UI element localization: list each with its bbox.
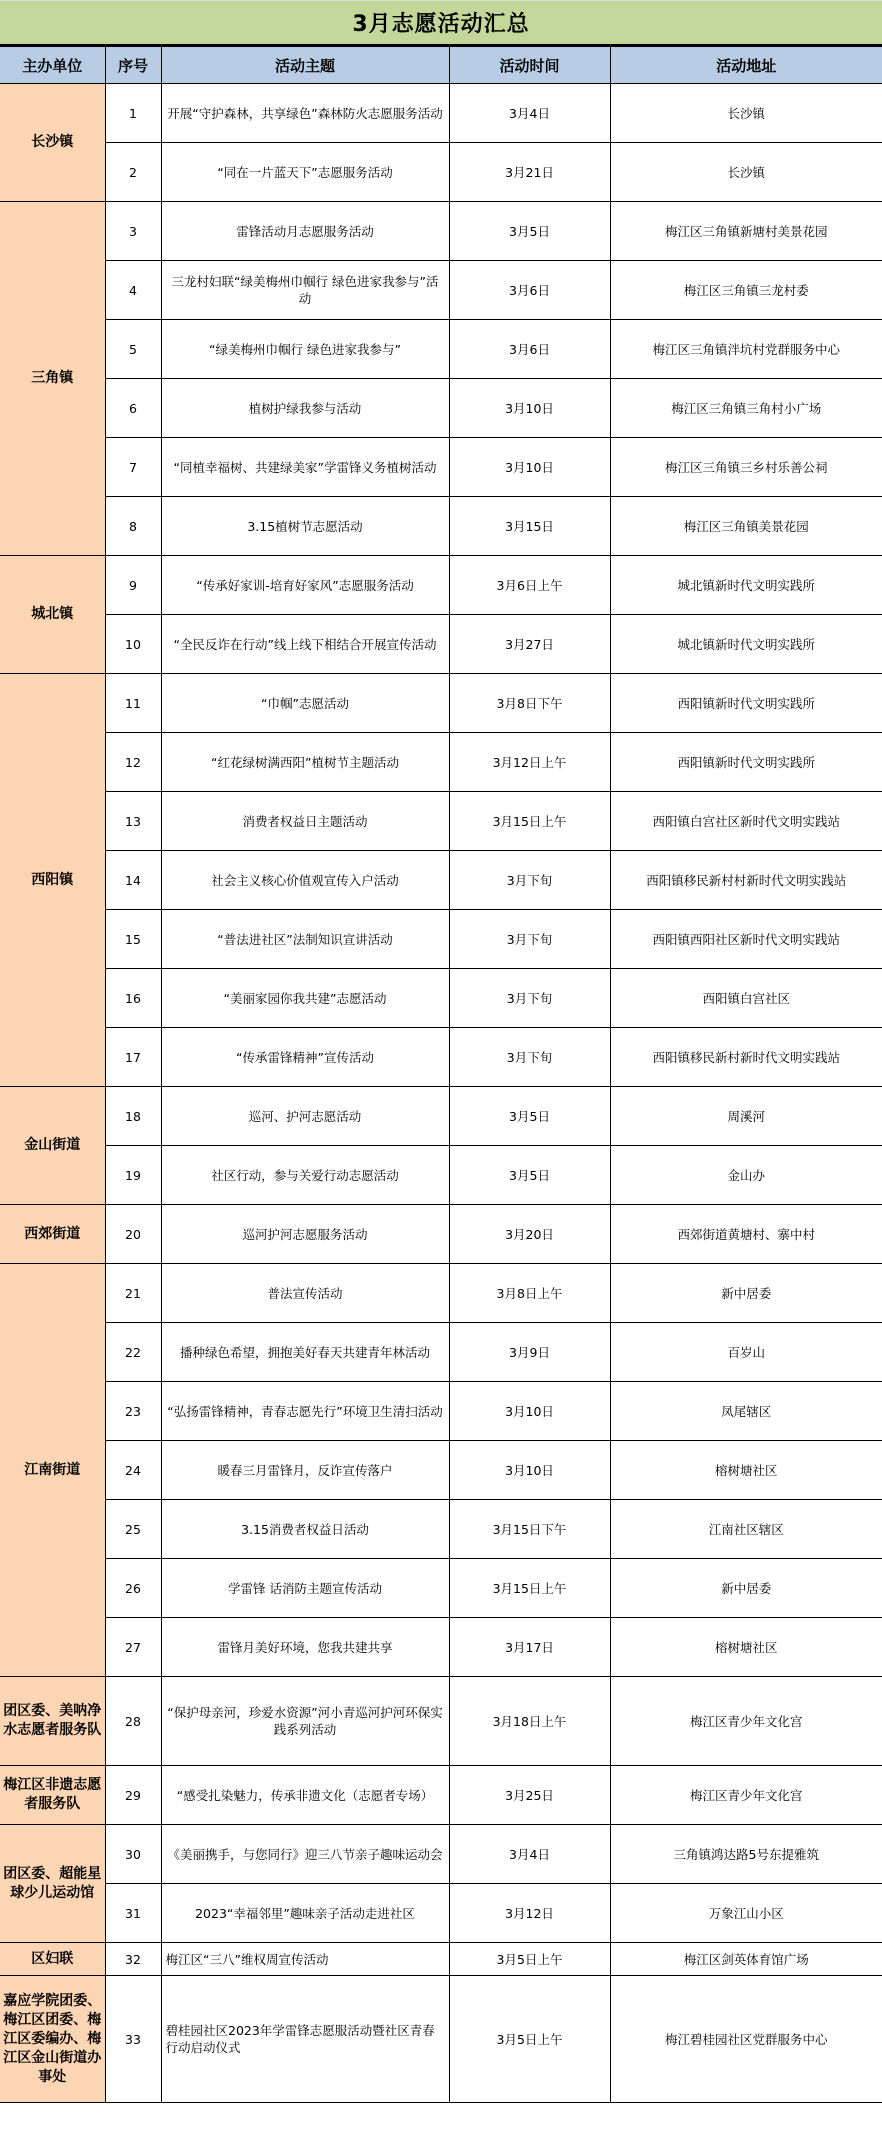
topic-cell[interactable]: “保护母亲河，珍爱水资源”河小青巡河护河环保实践系列活动 <box>161 1677 449 1766</box>
num-cell[interactable]: 33 <box>105 1976 161 2103</box>
num-cell[interactable]: 25 <box>105 1500 161 1559</box>
table-row: 10 “全民反诈在行动”线上线下相结合开展宣传活动 3月27日 城北镇新时代文明… <box>0 615 882 674</box>
time-cell[interactable]: 3月下旬 <box>449 1028 610 1087</box>
table-row: 团区委、超能星球少儿运动馆 30 《美丽携手，与您同行》迎三八节亲子趣味运动会 … <box>0 1825 882 1884</box>
num-cell[interactable]: 12 <box>105 733 161 792</box>
org-cell[interactable]: 长沙镇 <box>0 84 105 202</box>
header-topic: 活动主题 <box>161 47 449 84</box>
time-cell[interactable]: 3月下旬 <box>449 969 610 1028</box>
address-cell[interactable]: 新中居委 <box>610 1559 882 1618</box>
topic-cell[interactable]: 消费者权益日主题活动 <box>161 792 449 851</box>
time-cell[interactable]: 3月20日 <box>449 1205 610 1264</box>
time-cell[interactable]: 3月下旬 <box>449 851 610 910</box>
num-cell[interactable]: 14 <box>105 851 161 910</box>
address-cell[interactable]: 榕树塘社区 <box>610 1618 882 1677</box>
address-cell[interactable]: 梅江区剑英体育馆广场 <box>610 1943 882 1976</box>
time-cell[interactable]: 3月15日下午 <box>449 1500 610 1559</box>
address-cell[interactable]: 万象江山小区 <box>610 1884 882 1943</box>
table-row: 三角镇 3 雷锋活动月志愿服务活动 3月5日 梅江区三角镇新塘村美景花园 <box>0 202 882 261</box>
time-cell[interactable]: 3月6日 <box>449 320 610 379</box>
address-cell[interactable]: 梅江碧桂园社区党群服务中心 <box>610 1976 882 2103</box>
address-cell[interactable]: 梅江区三角镇三龙村委 <box>610 261 882 320</box>
num-cell[interactable]: 9 <box>105 556 161 615</box>
num-cell[interactable]: 16 <box>105 969 161 1028</box>
time-cell[interactable]: 3月6日上午 <box>449 556 610 615</box>
time-cell[interactable]: 3月15日上午 <box>449 1559 610 1618</box>
header-org: 主办单位 <box>0 47 105 84</box>
time-cell[interactable]: 3月5日上午 <box>449 1943 610 1976</box>
num-cell[interactable]: 10 <box>105 615 161 674</box>
num-cell[interactable]: 3 <box>105 202 161 261</box>
time-cell[interactable]: 3月8日下午 <box>449 674 610 733</box>
time-cell[interactable]: 3月4日 <box>449 84 610 143</box>
table-row: 城北镇 9 “传承好家训-培育好家风”志愿服务活动 3月6日上午 城北镇新时代文… <box>0 556 882 615</box>
address-cell[interactable]: 新中居委 <box>610 1264 882 1323</box>
address-cell[interactable]: 梅江区三角镇美景花园 <box>610 497 882 556</box>
time-cell[interactable]: 3月10日 <box>449 1382 610 1441</box>
table-row: 江南街道 21 普法宣传活动 3月8日上午 新中居委 <box>0 1264 882 1323</box>
address-cell[interactable]: 长沙镇 <box>610 84 882 143</box>
num-cell[interactable]: 15 <box>105 910 161 969</box>
table-row: 2 “同在一片蓝天下”志愿服务活动 3月21日 长沙镇 <box>0 143 882 202</box>
time-cell[interactable]: 3月27日 <box>449 615 610 674</box>
org-cell[interactable]: 西阳镇 <box>0 674 105 1087</box>
topic-cell[interactable]: 植树护绿我参与活动 <box>161 379 449 438</box>
table-row: 27 雷锋月美好环境，您我共建共享 3月17日 榕树塘社区 <box>0 1618 882 1677</box>
org-cell[interactable]: 区妇联 <box>0 1943 105 1976</box>
header-num: 序号 <box>105 47 161 84</box>
address-cell[interactable]: 百岁山 <box>610 1323 882 1382</box>
topic-cell[interactable]: 暖春三月雷锋月，反诈宣传落户 <box>161 1441 449 1500</box>
num-cell[interactable]: 19 <box>105 1146 161 1205</box>
table-row: 17 “传承雷锋精神”宣传活动 3月下旬 西阳镇移民新村新时代文明实践站 <box>0 1028 882 1087</box>
num-cell[interactable]: 32 <box>105 1943 161 1976</box>
org-cell[interactable]: 西郊街道 <box>0 1205 105 1264</box>
table-row: 7 “同植幸福树、共建绿美家”学雷锋义务植树活动 3月10日 梅江区三角镇三乡村… <box>0 438 882 497</box>
num-cell[interactable]: 31 <box>105 1884 161 1943</box>
table-row: 15 “普法进社区”法制知识宣讲活动 3月下旬 西阳镇西阳社区新时代文明实践站 <box>0 910 882 969</box>
time-cell[interactable]: 3月10日 <box>449 1441 610 1500</box>
topic-cell[interactable]: 社区行动，参与关爱行动志愿活动 <box>161 1146 449 1205</box>
num-cell[interactable]: 23 <box>105 1382 161 1441</box>
address-cell[interactable]: 三角镇鸿达路5号东提雅筑 <box>610 1825 882 1884</box>
topic-cell[interactable]: 3.15消费者权益日活动 <box>161 1500 449 1559</box>
num-cell[interactable]: 7 <box>105 438 161 497</box>
table-row: 西阳镇 11 “巾帼”志愿活动 3月8日下午 西阳镇新时代文明实践所 <box>0 674 882 733</box>
org-cell[interactable]: 梅江区非遗志愿者服务队 <box>0 1766 105 1825</box>
time-cell[interactable]: 3月10日 <box>449 438 610 497</box>
table-row: 团区委、美呐净水志愿者服务队 28 “保护母亲河，珍爱水资源”河小青巡河护河环保… <box>0 1677 882 1766</box>
table-row: 16 “美丽家园你我共建”志愿活动 3月下旬 西阳镇白宫社区 <box>0 969 882 1028</box>
topic-cell[interactable]: “红花绿树满西阳”植树节主题活动 <box>161 733 449 792</box>
num-cell[interactable]: 26 <box>105 1559 161 1618</box>
address-cell[interactable]: 榕树塘社区 <box>610 1441 882 1500</box>
table-row: 金山街道 18 巡河、护河志愿活动 3月5日 周溪河 <box>0 1087 882 1146</box>
topic-cell[interactable]: 巡河、护河志愿活动 <box>161 1087 449 1146</box>
time-cell[interactable]: 3月17日 <box>449 1618 610 1677</box>
table-row: 23 “弘扬雷锋精神，青春志愿先行”环境卫生清扫活动 3月10日 凤尾辖区 <box>0 1382 882 1441</box>
topic-cell[interactable]: 2023“幸福邻里”趣味亲子活动走进社区 <box>161 1884 449 1943</box>
num-cell[interactable]: 5 <box>105 320 161 379</box>
time-cell[interactable]: 3月12日 <box>449 1884 610 1943</box>
table-row: 19 社区行动，参与关爱行动志愿活动 3月5日 金山办 <box>0 1146 882 1205</box>
time-cell[interactable]: 3月15日 <box>449 497 610 556</box>
table-row: 6 植树护绿我参与活动 3月10日 梅江区三角镇三角村小广场 <box>0 379 882 438</box>
num-cell[interactable]: 2 <box>105 143 161 202</box>
topic-cell[interactable]: “传承好家训-培育好家风”志愿服务活动 <box>161 556 449 615</box>
num-cell[interactable]: 11 <box>105 674 161 733</box>
topic-cell[interactable]: “巾帼”志愿活动 <box>161 674 449 733</box>
address-cell[interactable]: 西阳镇移民新村村新时代文明实践站 <box>610 851 882 910</box>
table-row: 5 “绿美梅州巾帼行 绿色进家我参与” 3月6日 梅江区三角镇泮坑村党群服务中心 <box>0 320 882 379</box>
org-cell[interactable]: 金山街道 <box>0 1087 105 1205</box>
num-cell[interactable]: 8 <box>105 497 161 556</box>
time-cell[interactable]: 3月9日 <box>449 1323 610 1382</box>
num-cell[interactable]: 4 <box>105 261 161 320</box>
time-cell[interactable]: 3月18日上午 <box>449 1677 610 1766</box>
topic-cell[interactable]: “普法进社区”法制知识宣讲活动 <box>161 910 449 969</box>
address-cell[interactable]: 城北镇新时代文明实践所 <box>610 556 882 615</box>
time-cell[interactable]: 3月5日 <box>449 1087 610 1146</box>
time-cell[interactable]: 3月21日 <box>449 143 610 202</box>
topic-cell[interactable]: 普法宣传活动 <box>161 1264 449 1323</box>
num-cell[interactable]: 6 <box>105 379 161 438</box>
num-cell[interactable]: 18 <box>105 1087 161 1146</box>
address-cell[interactable]: 江南社区辖区 <box>610 1500 882 1559</box>
topic-cell[interactable]: 雷锋活动月志愿服务活动 <box>161 202 449 261</box>
num-cell[interactable]: 24 <box>105 1441 161 1500</box>
time-cell[interactable]: 3月10日 <box>449 379 610 438</box>
topic-cell[interactable]: “绿美梅州巾帼行 绿色进家我参与” <box>161 320 449 379</box>
address-cell[interactable]: 西郊街道黄塘村、寨中村 <box>610 1205 882 1264</box>
num-cell[interactable]: 27 <box>105 1618 161 1677</box>
address-cell[interactable]: 梅江区三角镇新塘村美景花园 <box>610 202 882 261</box>
topic-cell[interactable]: 梅江区“三八”维权周宣传活动 <box>161 1943 449 1976</box>
time-cell[interactable]: 3月5日 <box>449 202 610 261</box>
org-cell[interactable]: 三角镇 <box>0 202 105 556</box>
time-cell[interactable]: 3月25日 <box>449 1766 610 1825</box>
num-cell[interactable]: 28 <box>105 1677 161 1766</box>
topic-cell[interactable]: “弘扬雷锋精神，青春志愿先行”环境卫生清扫活动 <box>161 1382 449 1441</box>
topic-cell[interactable]: “同在一片蓝天下”志愿服务活动 <box>161 143 449 202</box>
address-cell[interactable]: 梅江区青少年文化宫 <box>610 1677 882 1766</box>
topic-cell[interactable]: 社会主义核心价值观宣传入户活动 <box>161 851 449 910</box>
activity-table: 主办单位 序号 活动主题 活动时间 活动地址 长沙镇 1 开展“守护森林，共享绿… <box>0 46 882 2103</box>
address-cell[interactable]: 西阳镇新时代文明实践所 <box>610 674 882 733</box>
org-cell[interactable]: 江南街道 <box>0 1264 105 1677</box>
topic-cell[interactable]: 播种绿色希望，拥抱美好春天共建青年林活动 <box>161 1323 449 1382</box>
address-cell[interactable]: 梅江区三角镇三乡村乐善公祠 <box>610 438 882 497</box>
address-cell[interactable]: 凤尾辖区 <box>610 1382 882 1441</box>
time-cell[interactable]: 3月4日 <box>449 1825 610 1884</box>
address-cell[interactable]: 西阳镇移民新村新时代文明实践站 <box>610 1028 882 1087</box>
topic-cell[interactable]: “传承雷锋精神”宣传活动 <box>161 1028 449 1087</box>
time-cell[interactable]: 3月15日上午 <box>449 792 610 851</box>
address-cell[interactable]: 西阳镇白宫社区新时代文明实践站 <box>610 792 882 851</box>
table-row: 26 学雷锋 话消防主题宣传活动 3月15日上午 新中居委 <box>0 1559 882 1618</box>
time-cell[interactable]: 3月8日上午 <box>449 1264 610 1323</box>
spreadsheet: 3月志愿活动汇总 主办单位 序号 活动主题 活动时间 活动地址 长沙镇 1 开展… <box>0 0 882 2103</box>
topic-cell[interactable]: 三龙村妇联“绿美梅州巾帼行 绿色进家我参与”活动 <box>161 261 449 320</box>
address-cell[interactable]: 梅江区青少年文化宫 <box>610 1766 882 1825</box>
topic-cell[interactable]: “同植幸福树、共建绿美家”学雷锋义务植树活动 <box>161 438 449 497</box>
address-cell[interactable]: 西阳镇新时代文明实践所 <box>610 733 882 792</box>
num-cell[interactable]: 1 <box>105 84 161 143</box>
table-row: 4 三龙村妇联“绿美梅州巾帼行 绿色进家我参与”活动 3月6日 梅江区三角镇三龙… <box>0 261 882 320</box>
org-cell[interactable]: 嘉应学院团委、梅江区团委、梅江区委编办、梅江区金山街道办事处 <box>0 1976 105 2103</box>
table-row: 梅江区非遗志愿者服务队 29 “感受扎染魅力，传承非遗文化（志愿者专场） 3月2… <box>0 1766 882 1825</box>
time-cell[interactable]: 3月6日 <box>449 261 610 320</box>
header-row: 主办单位 序号 活动主题 活动时间 活动地址 <box>0 47 882 84</box>
table-row: 31 2023“幸福邻里”趣味亲子活动走进社区 3月12日 万象江山小区 <box>0 1884 882 1943</box>
table-row: 8 3.15植树节志愿活动 3月15日 梅江区三角镇美景花园 <box>0 497 882 556</box>
address-cell[interactable]: 周溪河 <box>610 1087 882 1146</box>
topic-cell[interactable]: “美丽家园你我共建”志愿活动 <box>161 969 449 1028</box>
address-cell[interactable]: 城北镇新时代文明实践所 <box>610 615 882 674</box>
topic-cell[interactable]: 碧桂园社区2023年学雷锋志愿服活动暨社区青春行动启动仪式 <box>161 1976 449 2103</box>
time-cell[interactable]: 3月5日上午 <box>449 1976 610 2103</box>
sheet-title: 3月志愿活动汇总 <box>0 1 882 46</box>
org-cell[interactable]: 团区委、超能星球少儿运动馆 <box>0 1825 105 1943</box>
table-row: 嘉应学院团委、梅江区团委、梅江区委编办、梅江区金山街道办事处 33 碧桂园社区2… <box>0 1976 882 2103</box>
table-row: 24 暖春三月雷锋月，反诈宣传落户 3月10日 榕树塘社区 <box>0 1441 882 1500</box>
table-row: 长沙镇 1 开展“守护森林，共享绿色”森林防火志愿服务活动 3月4日 长沙镇 <box>0 84 882 143</box>
num-cell[interactable]: 17 <box>105 1028 161 1087</box>
num-cell[interactable]: 30 <box>105 1825 161 1884</box>
table-row: 25 3.15消费者权益日活动 3月15日下午 江南社区辖区 <box>0 1500 882 1559</box>
header-time: 活动时间 <box>449 47 610 84</box>
topic-cell[interactable]: 开展“守护森林，共享绿色”森林防火志愿服务活动 <box>161 84 449 143</box>
topic-cell[interactable]: 巡河护河志愿服务活动 <box>161 1205 449 1264</box>
topic-cell[interactable]: “感受扎染魅力，传承非遗文化（志愿者专场） <box>161 1766 449 1825</box>
num-cell[interactable]: 13 <box>105 792 161 851</box>
topic-cell[interactable]: 雷锋月美好环境，您我共建共享 <box>161 1618 449 1677</box>
table-row: 14 社会主义核心价值观宣传入户活动 3月下旬 西阳镇移民新村村新时代文明实践站 <box>0 851 882 910</box>
address-cell[interactable]: 金山办 <box>610 1146 882 1205</box>
address-cell[interactable]: 梅江区三角镇泮坑村党群服务中心 <box>610 320 882 379</box>
num-cell[interactable]: 20 <box>105 1205 161 1264</box>
table-row: 12 “红花绿树满西阳”植树节主题活动 3月12日上午 西阳镇新时代文明实践所 <box>0 733 882 792</box>
address-cell[interactable]: 梅江区三角镇三角村小广场 <box>610 379 882 438</box>
topic-cell[interactable]: 《美丽携手，与您同行》迎三八节亲子趣味运动会 <box>161 1825 449 1884</box>
table-row: 13 消费者权益日主题活动 3月15日上午 西阳镇白宫社区新时代文明实践站 <box>0 792 882 851</box>
topic-cell[interactable]: “全民反诈在行动”线上线下相结合开展宣传活动 <box>161 615 449 674</box>
topic-cell[interactable]: 3.15植树节志愿活动 <box>161 497 449 556</box>
time-cell[interactable]: 3月12日上午 <box>449 733 610 792</box>
org-cell[interactable]: 城北镇 <box>0 556 105 674</box>
table-row: 区妇联 32 梅江区“三八”维权周宣传活动 3月5日上午 梅江区剑英体育馆广场 <box>0 1943 882 1976</box>
org-cell[interactable]: 团区委、美呐净水志愿者服务队 <box>0 1677 105 1766</box>
num-cell[interactable]: 29 <box>105 1766 161 1825</box>
topic-cell[interactable]: 学雷锋 话消防主题宣传活动 <box>161 1559 449 1618</box>
time-cell[interactable]: 3月下旬 <box>449 910 610 969</box>
time-cell[interactable]: 3月5日 <box>449 1146 610 1205</box>
table-row: 22 播种绿色希望，拥抱美好春天共建青年林活动 3月9日 百岁山 <box>0 1323 882 1382</box>
address-cell[interactable]: 长沙镇 <box>610 143 882 202</box>
table-row: 西郊街道 20 巡河护河志愿服务活动 3月20日 西郊街道黄塘村、寨中村 <box>0 1205 882 1264</box>
num-cell[interactable]: 22 <box>105 1323 161 1382</box>
address-cell[interactable]: 西阳镇白宫社区 <box>610 969 882 1028</box>
num-cell[interactable]: 21 <box>105 1264 161 1323</box>
address-cell[interactable]: 西阳镇西阳社区新时代文明实践站 <box>610 910 882 969</box>
header-address: 活动地址 <box>610 47 882 84</box>
